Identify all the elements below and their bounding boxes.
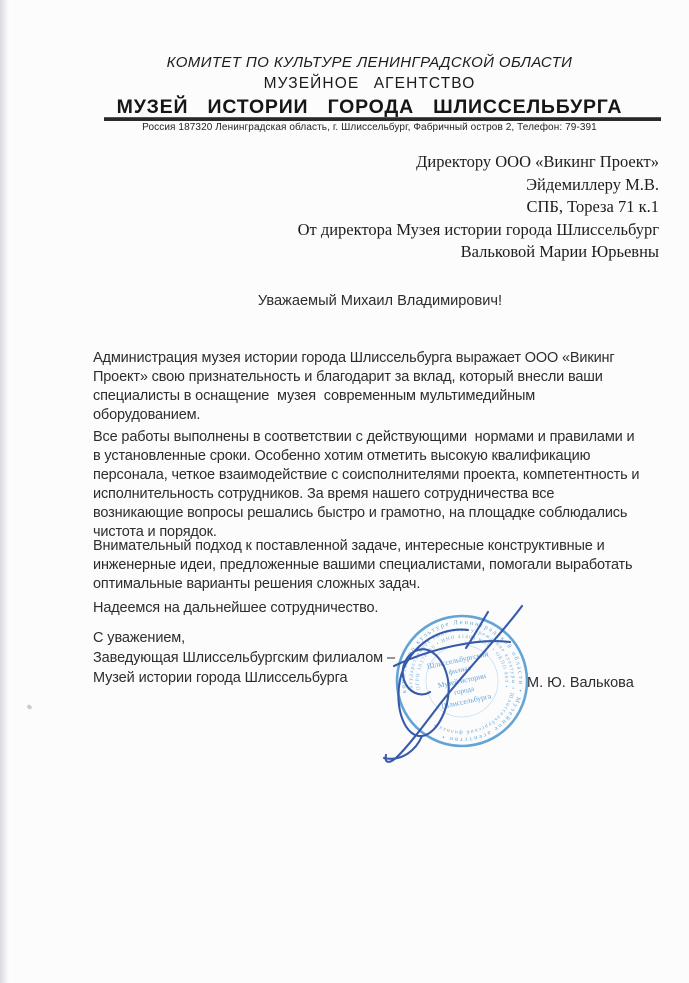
scan-edge-shadow bbox=[0, 0, 9, 983]
body-paragraph-1: Администрация музея истории города Шлисс… bbox=[93, 349, 615, 425]
letterhead: КОМИТЕТ ПО КУЛЬТУРЕ ЛЕНИНГРАДСКОЙ ОБЛАСТ… bbox=[60, 53, 679, 120]
body-paragraph-3: Внимательный подход к поставленной задач… bbox=[93, 537, 632, 594]
body-paragraph-4: Надеемся на дальнейшее сотрудничество. bbox=[93, 599, 378, 618]
signature-stroke-tail bbox=[384, 736, 422, 759]
signature-strokes bbox=[384, 606, 522, 762]
recipient-block: Директору ООО «Викинг Проект» Эйдемиллер… bbox=[298, 151, 659, 264]
letterhead-address-line: Россия 187320 Ленинградская область, г. … bbox=[60, 122, 679, 133]
letterhead-committee-line: КОМИТЕТ ПО КУЛЬТУРЕ ЛЕНИНГРАДСКОЙ ОБЛАСТ… bbox=[60, 53, 679, 72]
scan-speck bbox=[26, 704, 32, 710]
letterhead-agency-line: МУЗЕЙНОЕ АГЕНТСТВО bbox=[60, 74, 679, 94]
scanned-letter-page: КОМИТЕТ ПО КУЛЬТУРЕ ЛЕНИНГРАДСКОЙ ОБЛАСТ… bbox=[0, 0, 689, 983]
salutation-line: Уважаемый Михаил Владимирович! bbox=[93, 293, 667, 309]
body-paragraph-2: Все работы выполнены в соответствии с де… bbox=[93, 428, 639, 542]
letterhead-divider-rule bbox=[104, 117, 661, 121]
handwritten-signature bbox=[340, 592, 570, 782]
